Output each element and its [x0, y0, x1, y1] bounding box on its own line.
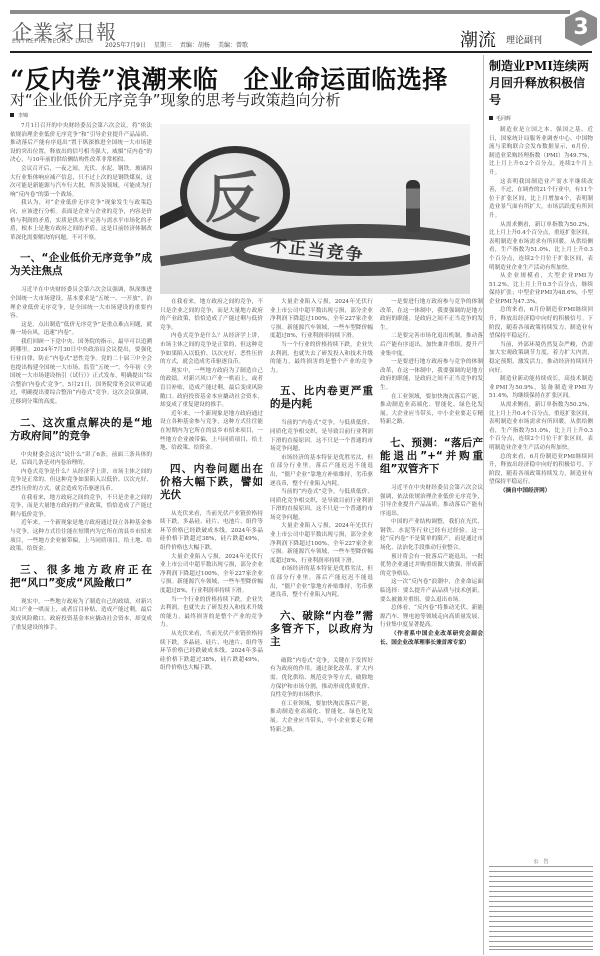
sidebar-paragraph: 总的来看，6月份制造业PMI继续回升，释放出经济稳中向好的积极信号。下阶段，随着… [489, 453, 593, 487]
body-paragraph: 在我看来，地方政府之间的竞争，不只是企业之间的竞争，而是大量地方政府的产业政策，… [160, 298, 263, 332]
article-column-2: 在我看来，地方政府之间的竞争，不只是企业之间的竞争，而是大量地方政府的产业政策，… [160, 298, 263, 953]
body-paragraph: 当一个行业的价格持续下跌，企业失去利润，也就失去了研发投入和技术升级的能力，最终… [270, 341, 373, 375]
body-paragraph: 从光伏来看，当前光伏产业链价格持续下跌，多晶硅、硅片、电池片、组件等环节价格已经… [160, 630, 263, 673]
intro-paragraph: 我认为，对“企业低价无序竞争”现象发生与政策趋向，应该进行分析。表面是企业与企业… [10, 199, 152, 242]
article-photo: 不正当竞争 反 [160, 124, 470, 294]
sidebar-paragraph: 从企业规模看，大型企业PMI为51.2%，比上月上升0.5个百分点，继续保持扩张… [489, 272, 593, 306]
body-paragraph: 中央财委会这次“说什么”讲了6条，前面三条具体的是，后面几条是对内卷治理的。 [10, 451, 152, 468]
masthead: 企業家日報 ENTREPRENEURS' DAILY 2025年7月9日 星期三… [10, 8, 592, 48]
section-heading-5: 五、比内卷更严重的是内耗 [270, 385, 373, 411]
sidebar-headline: 制造业PMI连续两月回升释放积极信号 [489, 58, 593, 109]
column-divider [483, 55, 484, 955]
sidebar-paragraph: 从需求侧看，新订单指数为50.2%，比上月上升0.4个百分点，重返扩张区间，表明… [489, 401, 593, 453]
body-paragraph: 二是要完善市场化退出机制，推动落后产能有序退出，加快兼并重组，提升产业集中度。 [380, 332, 483, 358]
author-note: （作者系中国企业改革研究会副会长、国企业改革理事长兼首席专家） [380, 630, 483, 647]
body-paragraph: 现实中，一些地方政府为了制造自己的政绩，对新兴风口产业一哄而上，或者盲目补贴，造… [160, 367, 263, 410]
body-paragraph: 习近平在中央财经委员会第六次会议强调，纵深推进全国统一大市场建设，基本要求是“五… [10, 286, 152, 320]
sidebar-paragraph: 制造业新动能持续成长，高技术制造业PMI为50.9%，装备制造业PMI为51.4… [489, 375, 593, 401]
section-subtitle: 理论副刊 [506, 33, 542, 46]
body-paragraph: 市场经济的基本特征是优胜劣汰，但在部分行业里，落后产能迟迟不能退出，“僵尸企业”… [270, 565, 373, 599]
body-paragraph: 破除“内卷式”竞争，关键在于发挥好有为政府的作用。通过深化改革、扩大内需、优化供… [270, 657, 373, 700]
body-paragraph: 从光伏来看，当前光伏产业链价格持续下跌，多晶硅、硅片、电池片、组件等环节价格已经… [160, 510, 263, 553]
intro-paragraph: 会议召开后，一夜之间，光伏、水泥、钢铁、玻璃四大行业集体响应减产信息，只不过上次… [10, 165, 152, 199]
body-paragraph: 预计将会有一批落后产能退出，一批优势企业通过并购重组做大做强，形成新的竞争格局。 [380, 553, 483, 579]
section-heading-1: 一、“企业低价无序竞争”成为关注焦点 [10, 252, 152, 278]
editor-credit: 责编：胡杨 [180, 40, 210, 49]
body-paragraph: 一是要进行地方政府参与竞争的体制改革，在这一体制中，我要强调的是地方政府的职能，… [380, 298, 483, 332]
newspaper-logo-english: ENTREPRENEURS' DAILY [12, 38, 94, 45]
byline-square-icon [489, 116, 493, 120]
body-paragraph: 总体看，“反内卷”将推动光伏、新能源汽车、锂电池等领域走向高质量发展，行业集中度… [380, 604, 483, 630]
body-paragraph: 大量企业陷入亏损，2024年光伏行业上市公司中超半数出现亏损，部分企业净利润下降… [160, 553, 263, 596]
article-byline: 李锦 [10, 112, 28, 119]
body-paragraph: 近年来，一个新现象是地方政府通过设立各种基金参与竞争，这种方式往往能在短期内为它… [160, 410, 263, 453]
article-column-1: 7月1日召开的中央财经委员会第六次会议，将“依法依规治理企业低价无序竞争”和“引… [10, 122, 152, 952]
sidebar-author: 毛同辉 [496, 116, 511, 122]
sidebar-source: （摘自中国经济网） [489, 487, 593, 496]
body-paragraph: 当前的“内卷式”竞争，与低质低价、同质化竞争相交织，是导致目前行业利润下滑的直接… [270, 488, 373, 522]
sidebar-article: 制造业PMI连续两月回升释放积极信号 毛同辉 制造业是立国之本、强国之基。近日，… [489, 58, 593, 496]
intro-paragraph: 7月1日召开的中央财经委员会第六次会议，将“依法依规治理企业低价无序竞争”和“引… [10, 122, 152, 165]
body-paragraph: 这一次“反内卷”浪潮中，企业命运面临选择：要么提升产品品质与技术创新，要么被兼并… [380, 578, 483, 604]
notice-block: 公 告 [489, 858, 593, 950]
sidebar-paragraph: 当前，外部环境仍然复杂严峻，仍需加大宏观政策调节力度，着力扩大内需，稳定预期，激… [489, 341, 593, 375]
designer-credit: 美编：曾歌 [218, 40, 248, 49]
notice-title: 公 告 [489, 858, 593, 865]
walking-figure-icon [406, 180, 420, 232]
body-paragraph: 市场经济的基本特征是优胜劣汰，但在部分行业里，落后产能迟迟不能退出，“僵尸企业”… [270, 454, 373, 488]
body-paragraph: 大量企业陷入亏损，2024年光伏行业上市公司中超半数出现亏损，部分企业净利润下降… [270, 522, 373, 565]
sidebar-body: 制造业是立国之本、强国之基。近日，国家统计局服务业调查中心、中国物流与采购联合会… [489, 126, 593, 496]
section-name: 潮流 [460, 26, 496, 52]
body-paragraph: 内卷式竞争是什么？从经济学上讲，市场主体之间的竞争是正常的，但这种竞争如果陷入以… [10, 468, 152, 494]
dateline: 2025年7月9日 星期三 责编：胡杨 美编：曾歌 [105, 40, 248, 49]
masthead-top-bar [10, 10, 570, 14]
body-paragraph: 在工业领域，要加快淘汰落后产能，推动制造业高端化、智能化、绿色化发展。大企业应当… [380, 393, 483, 427]
sidebar-byline: 毛同辉 [489, 115, 593, 122]
section-heading-6: 六、破除“内卷”需多管齐下，以政府为主 [270, 610, 373, 649]
body-paragraph: 习近平在中央财经委员会第六次会议强调，依法依规治理企业低价无序竞争，引导企业提升… [380, 484, 483, 518]
byline-square-icon [10, 113, 14, 117]
section-heading-4: 四、内卷问题出在价格大幅下跌，譬如光伏 [160, 463, 263, 502]
body-paragraph: 一是要进行地方政府参与竞争的体制改革，在这一体制中，我要强调的是地方政府的职能，… [380, 358, 483, 392]
body-paragraph: 我们回顾一下党中央、国务院的指示，最早可以追溯到哪里。2024年7月30日中央政… [10, 338, 152, 407]
body-paragraph: 中国的产业结构调整，我们在光伏、钢铁、水泥等行业已经有过经验。这一轮“反内卷”不… [380, 518, 483, 552]
sidebar-paragraph: 制造业是立国之本、强国之基。近日，国家统计局服务业调查中心、中国物流与采购联合会… [489, 126, 593, 178]
body-paragraph: 在工业领域，要加快淘汰落后产能，推动制造业高端化、智能化、绿色化发展。大企业应当… [270, 700, 373, 734]
page-number-badge: 3 [565, 10, 597, 46]
photo-lens-character: 反 [205, 154, 260, 233]
article-subheadline: 对“企业低价无序竞争”现象的思考与政策趋向分析 [10, 89, 341, 110]
section-heading-3: 三、很多地方政府正在把“风口”变成“风险敞口” [10, 564, 152, 590]
author-name: 李锦 [18, 113, 28, 119]
body-paragraph: 近年来，一个新现象是地方政府通过设立各种基金参与竞争，这种方式往往能在短期内为它… [10, 519, 152, 553]
article-column-4: 一是要进行地方政府参与竞争的体制改革，在这一体制中，我要强调的是地方政府的职能，… [380, 298, 483, 953]
sidebar-paragraph: 这表明我国制造业产需水平继续改善，不过，在调查的21个行业中，有11个位于扩张区… [489, 178, 593, 221]
sidebar-paragraph: 总的来看，6月份制造业PMI继续回升，释放出经济稳中向好的积极信号。下阶段，随着… [489, 306, 593, 340]
masthead-rule [10, 51, 592, 53]
body-paragraph: 这是，点出制造“低价无序竞争”是重点难点问题，就像一场台风，迅速“内卷”。 [10, 321, 152, 338]
body-paragraph: 当一个行业的价格持续下跌，企业失去利润，也就失去了研发投入和技术升级的能力，最终… [160, 596, 263, 630]
body-paragraph: 内卷式竞争是什么？从经济学上讲，市场主体之间的竞争是正常的，但这种竞争如果陷入以… [160, 332, 263, 366]
body-paragraph: 大量企业陷入亏损，2024年光伏行业上市公司中超半数出现亏损，部分企业净利润下降… [270, 298, 373, 341]
body-paragraph: 在我看来，地方政府之间的竞争，不只是企业之间的竞争，而是大量地方政府的产业政策，… [10, 494, 152, 520]
body-paragraph: 当前的“内卷式”竞争，与低质低价、同质化竞争相交织，是导致目前行业利润下滑的直接… [270, 419, 373, 453]
body-paragraph: 现实中，一些地方政府为了制造自己的政绩，对新兴风口产业一哄而上，或者盲目补贴，造… [10, 598, 152, 632]
section-heading-7: 七、预测：“落后产能退出”+“并购重组”双管齐下 [380, 437, 483, 476]
issue-date: 2025年7月9日 [105, 40, 146, 49]
sidebar-paragraph: 从需求侧看，新订单指数为50.2%，比上月上升0.4个百分点，重返扩张区间，表明… [489, 221, 593, 273]
article-column-3: 大量企业陷入亏损，2024年光伏行业上市公司中超半数出现亏损，部分企业净利润下降… [270, 298, 373, 953]
issue-weekday: 星期三 [154, 40, 172, 49]
section-heading-2: 二、这次重点解决的是“地方政府间”的竞争 [10, 417, 152, 443]
